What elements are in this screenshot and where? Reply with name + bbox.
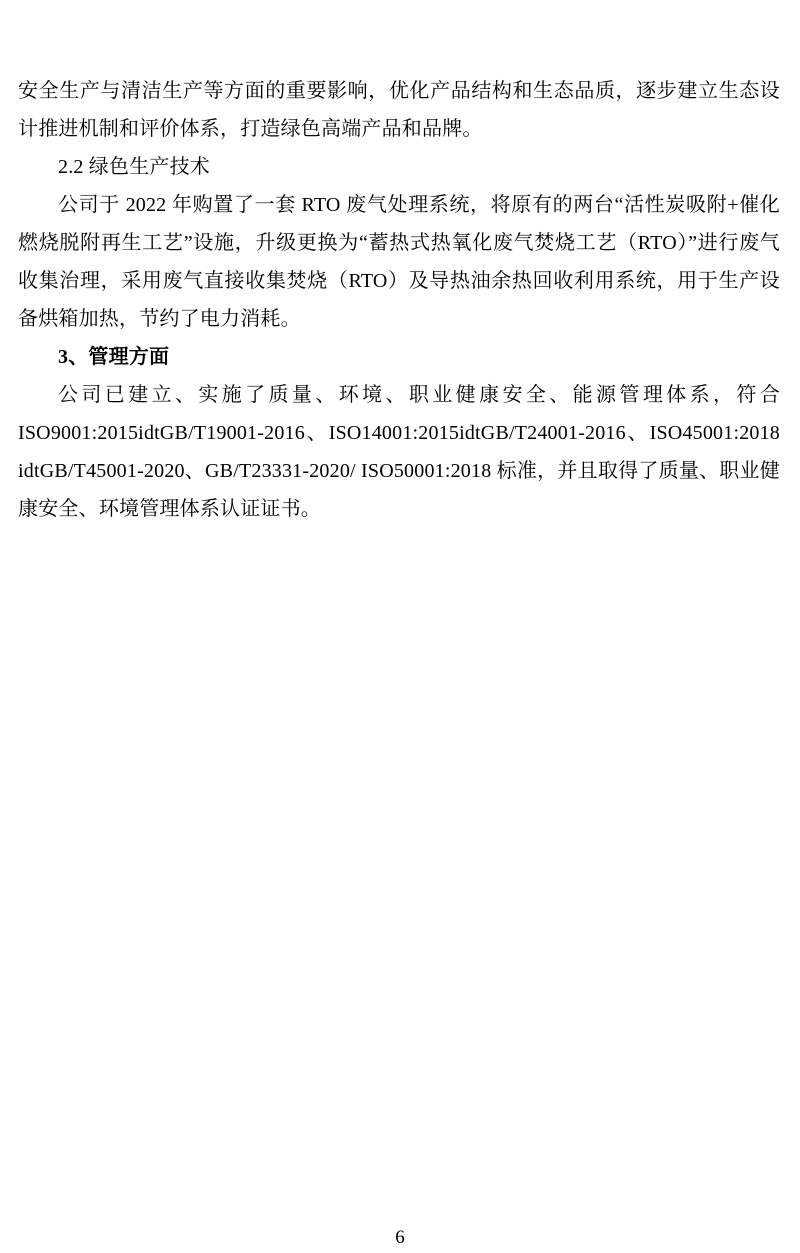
paragraph-management-systems: 公司已建立、实施了质量、环境、职业健康安全、能源管理体系，符合 ISO9001:… — [18, 376, 780, 528]
section-heading-2-2: 2.2 绿色生产技术 — [18, 148, 780, 186]
paragraph-continuation: 安全生产与清洁生产等方面的重要影响，优化产品结构和生态品质，逐步建立生态设计推进… — [18, 72, 780, 148]
section-heading-3-management: 3、管理方面 — [18, 338, 780, 376]
document-page: 安全生产与清洁生产等方面的重要影响，优化产品结构和生态品质，逐步建立生态设计推进… — [0, 0, 800, 1253]
page-number: 6 — [0, 1227, 800, 1249]
document-text-block: 安全生产与清洁生产等方面的重要影响，优化产品结构和生态品质，逐步建立生态设计推进… — [18, 72, 780, 528]
paragraph-rto-system: 公司于 2022 年购置了一套 RTO 废气处理系统，将原有的两台“活性炭吸附+… — [18, 186, 780, 338]
